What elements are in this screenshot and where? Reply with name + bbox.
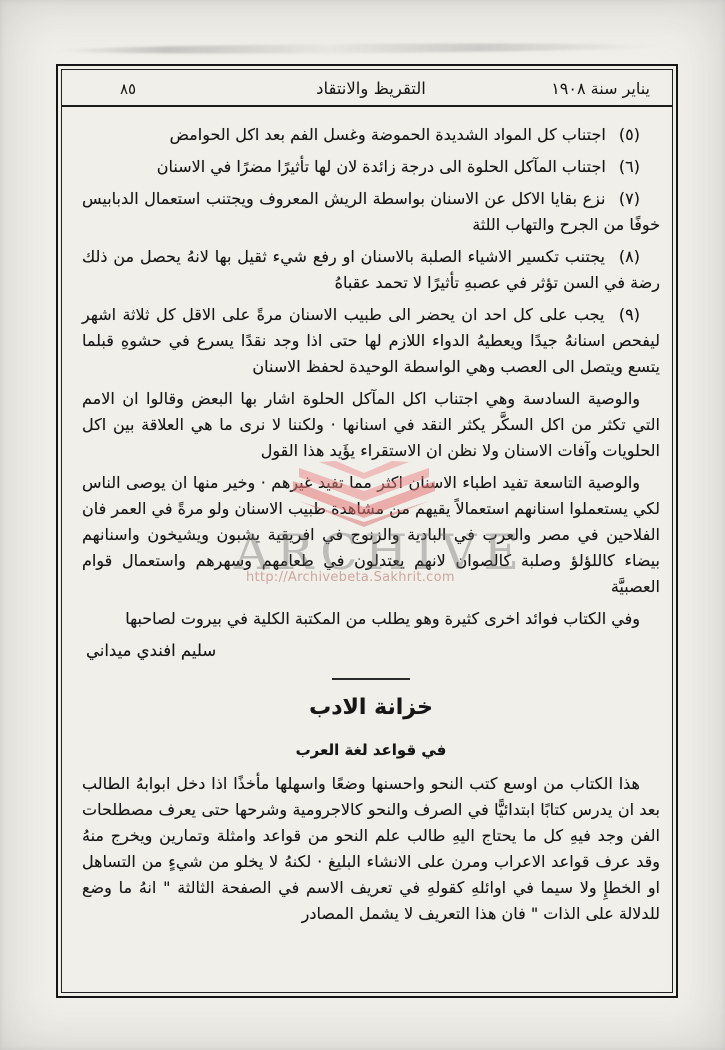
advice-item-9: (٩) يجب على كل احد ان يحضر الى طبيب الاس… <box>82 302 660 380</box>
advice-item-5: (٥) اجتناب كل المواد الشديدة الحموضة وغس… <box>82 122 660 148</box>
issue-date: يناير سنة ١٩٠٨ <box>500 79 650 98</box>
advice-item-number: (٩) <box>619 305 640 324</box>
advice-item-7: (٧) نزع بقايا الاكل عن الاسنان بواسطة ال… <box>82 186 660 238</box>
section-subtitle: في قواعد لغة العرب <box>82 737 660 763</box>
advice-item-text: اجتناب المآكل الحلوة الى درجة زائدة لان … <box>157 157 606 176</box>
advice-item-number: (٧) <box>619 189 640 208</box>
section-divider <box>332 678 410 680</box>
page-header: يناير سنة ١٩٠٨ التقريظ والانتقاد ٨٥ <box>62 70 672 107</box>
advice-item-text: اجتناب كل المواد الشديدة الحموضة وغسل ال… <box>170 125 606 144</box>
signature-line: سليم افندي ميداني <box>82 638 660 664</box>
page-number: ٨٥ <box>92 80 242 98</box>
advice-item-8: (٨) يجتنب تكسير الاشياء الصلبة بالاسنان … <box>82 244 660 296</box>
advice-item-6: (٦) اجتناب المآكل الحلوة الى درجة زائدة … <box>82 154 660 180</box>
paragraph-sixth-advice: والوصية السادسة وهي اجتناب اكل المآكل ال… <box>82 386 660 464</box>
paragraph-book-order: وفي الكتاب فوائد اخرى كثيرة وهو يطلب من … <box>82 606 660 632</box>
section-body-paragraph: هذا الكتاب من اوسع كتب النحو واحسنها وضع… <box>82 771 660 927</box>
advice-item-text: يجتنب تكسير الاشياء الصلبة بالاسنان او ر… <box>82 247 660 292</box>
page-frame-inner: يناير سنة ١٩٠٨ التقريظ والانتقاد ٨٥ (٥) … <box>61 69 673 993</box>
paragraph-ninth-advice: والوصية التاسعة تفيد اطباء الاسنان اكثر … <box>82 470 660 600</box>
scan-artifact-streak <box>58 42 658 55</box>
section-title: خزانة الادب <box>82 695 660 721</box>
advice-item-number: (٥) <box>619 125 640 144</box>
advice-item-text: يجب على كل احد ان يحضر الى طبيب الاسنان … <box>82 305 660 376</box>
advice-item-number: (٦) <box>619 157 640 176</box>
journal-section-title: التقريظ والانتقاد <box>242 79 500 98</box>
advice-item-number: (٨) <box>619 247 640 266</box>
page-frame: يناير سنة ١٩٠٨ التقريظ والانتقاد ٨٥ (٥) … <box>56 64 678 998</box>
advice-item-text: نزع بقايا الاكل عن الاسنان بواسطة الريش … <box>82 189 660 234</box>
page-body: (٥) اجتناب كل المواد الشديدة الحموضة وغس… <box>62 107 672 992</box>
